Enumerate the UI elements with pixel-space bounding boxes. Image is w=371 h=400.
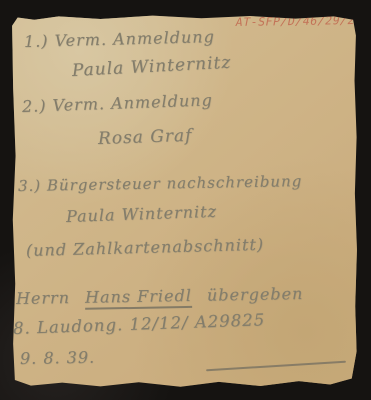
scan-background: AT-SFP/D/46/29/2 1.) Verm. Anmeldung Pau… [0,0,371,400]
handwritten-line-10-date: 9. 8. 39. [20,348,95,368]
handover-prefix: Herrn [16,288,70,308]
handwritten-line-1: 1.) Verm. Anmeldung [24,27,215,51]
handwritten-line-3: 2.) Verm. Anmeldung [22,90,213,116]
handwritten-line-6-name-paula-winternitz: Paula Winternitz [66,202,218,226]
handwritten-line-5: 3.) Bürgersteuer nachschreibung [18,172,303,195]
handover-suffix: übergeben [207,284,304,305]
pencil-underline-stroke [206,361,346,372]
handwritten-line-9-address-phone: 8. Laudong. 12/12/ A29825 [13,310,266,338]
handover-name-underlined: Hans Friedl [85,286,192,310]
handwritten-line-4-name-rosa-graf: Rosa Graf [98,126,193,149]
handwritten-line-7-parenthetical: (und Zahlkartenabschnitt) [26,235,265,260]
note-paper: AT-SFP/D/46/29/2 1.) Verm. Anmeldung Pau… [10,13,358,389]
handwritten-line-2-name-paula-winternitz: Paula Winternitz [71,53,231,81]
archival-reference-stamp: AT-SFP/D/46/29/2 [234,13,356,29]
handwritten-line-8-handover: Herrn Hans Friedl übergeben [16,284,304,311]
